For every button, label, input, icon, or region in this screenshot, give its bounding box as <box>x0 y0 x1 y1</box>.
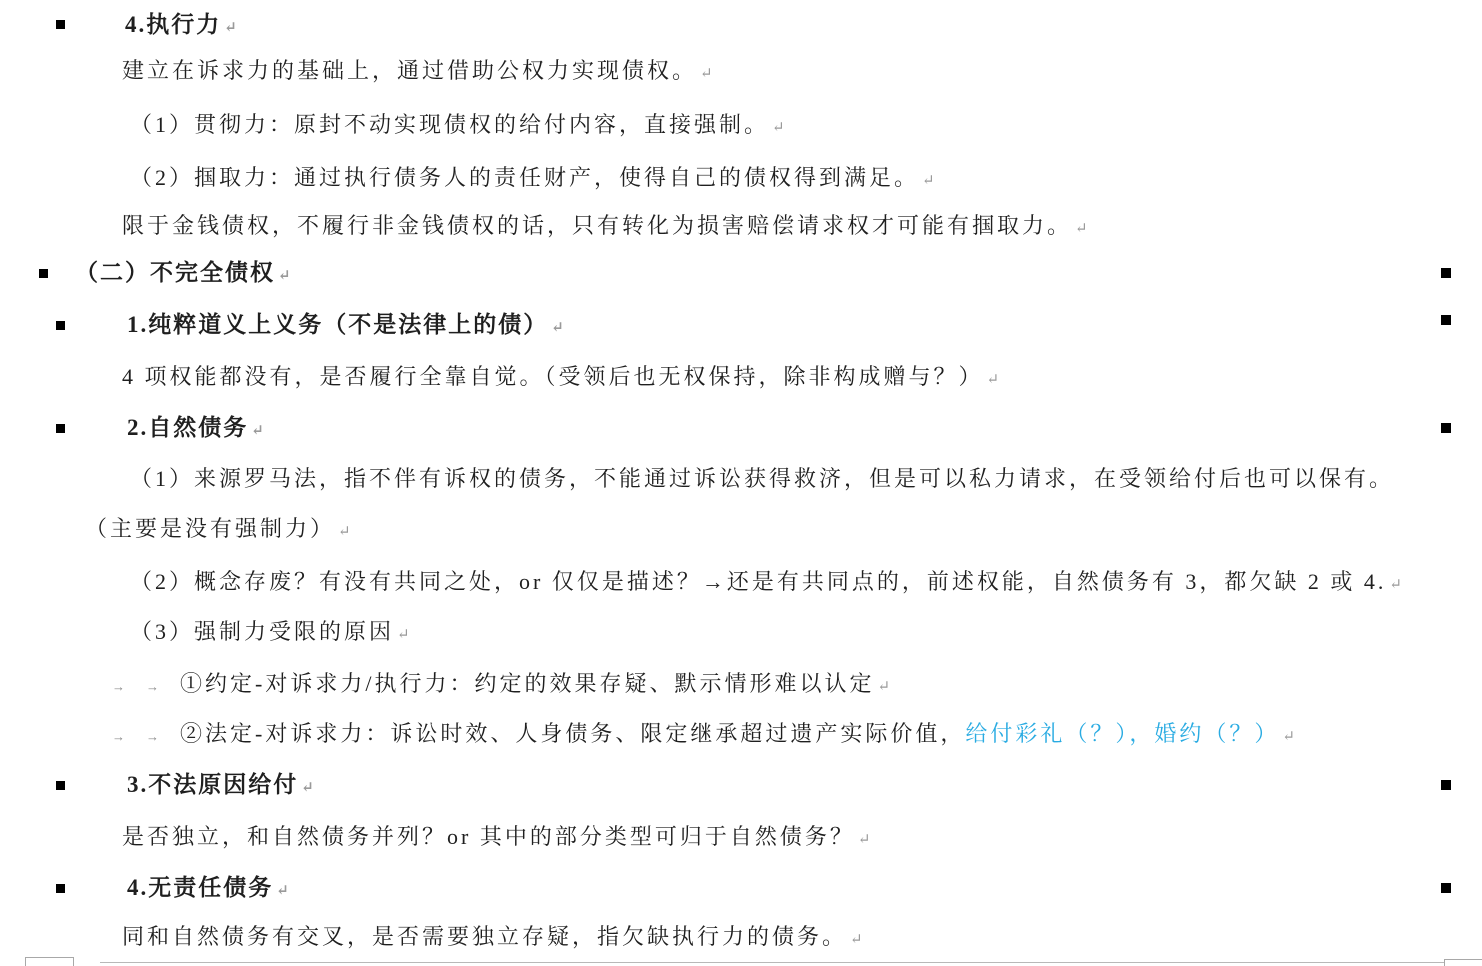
paragraph-mark-icon: ↵ <box>278 268 291 284</box>
outline-square-marker <box>1441 268 1451 278</box>
line-text: 建立在诉求力的基础上，通过借助公权力实现债权。 <box>122 58 697 83</box>
heading-text: 3.不法原因给付 <box>127 772 298 797</box>
line-text: 限于金钱债权，不履行非金钱债权的话，只有转化为损害赔偿请求权才可能有掴取力。 <box>122 213 1072 238</box>
clipped-border-line <box>100 962 1444 963</box>
paragraph-mark-icon: ↵ <box>551 320 564 336</box>
paragraph-mark-icon: ↵ <box>276 883 289 899</box>
outline-square-marker <box>39 269 48 278</box>
doc-line[interactable]: 4 项权能都没有，是否履行全靠自觉。（受领后也无权保持，除非构成赠与？）↵ <box>122 366 999 388</box>
tab-mark-icon: → <box>146 680 159 693</box>
doc-heading[interactable]: 2.自然债务↵ <box>127 416 264 439</box>
outline-square-marker <box>56 20 65 29</box>
tab-mark-icon: → <box>112 680 125 693</box>
line-text: （1）贯彻力：原封不动实现债权的给付内容，直接强制。 <box>130 112 769 137</box>
line-text: 是否独立，和自然债务并列？or 其中的部分类型可归于自然债务？ <box>122 824 855 849</box>
paragraph-mark-icon: ↵ <box>1389 577 1402 593</box>
paragraph-mark-icon: ↵ <box>987 372 1000 388</box>
paragraph-mark-icon: ↵ <box>301 780 314 796</box>
doc-line[interactable]: 是否独立，和自然债务并列？or 其中的部分类型可归于自然债务？↵ <box>122 826 870 848</box>
doc-heading[interactable]: 3.不法原因给付↵ <box>127 773 314 796</box>
outline-square-marker <box>1441 423 1451 433</box>
line-text: （1）来源罗马法，指不伴有诉权的债务，不能通过诉讼获得救济，但是可以私力请求，在… <box>130 466 1394 491</box>
outline-square-marker <box>1441 315 1451 325</box>
doc-line[interactable]: （2）概念存废？有没有共同之处，or 仅仅是描述？→还是有共同点的，前述权能，自… <box>130 571 1402 593</box>
clipped-table-cell-border <box>1444 959 1482 966</box>
doc-heading[interactable]: 4.执行力↵ <box>125 13 237 36</box>
outline-square-marker <box>56 884 65 893</box>
doc-heading[interactable]: 4.无责任债务↵ <box>127 876 289 899</box>
doc-line[interactable]: 建立在诉求力的基础上，通过借助公权力实现债权。↵ <box>122 60 713 82</box>
heading-text: 4.无责任债务 <box>127 875 273 900</box>
doc-line[interactable]: （2）掴取力：通过执行债务人的责任财产，使得自己的债权得到满足。↵ <box>130 167 935 189</box>
outline-square-marker <box>1441 780 1451 790</box>
clipped-table-cell-border <box>25 957 74 966</box>
paragraph-mark-icon: ↵ <box>397 627 410 643</box>
paragraph-mark-icon: ↵ <box>850 932 863 948</box>
paragraph-mark-icon: ↵ <box>858 832 871 848</box>
paragraph-mark-icon: ↵ <box>338 524 351 540</box>
doc-line[interactable]: ②法定-对诉求力：诉讼时效、人身债务、限定继承超过遗产实际价值，给付彩礼（？），… <box>180 723 1295 745</box>
heading-text: 4.执行力 <box>125 12 221 37</box>
line-text: ①约定-对诉求力/执行力：约定的效果存疑、默示情形难以认定 <box>180 671 874 696</box>
doc-heading[interactable]: 1.纯粹道义上义务（不是法律上的债）↵ <box>127 313 564 336</box>
outline-square-marker <box>56 321 65 330</box>
line-text: 4 项权能都没有，是否履行全靠自觉。（受领后也无权保持，除非构成赠与？） <box>122 364 984 389</box>
line-text: （2）概念存废？有没有共同之处，or 仅仅是描述？→还是有共同点的，前述权能，自… <box>130 569 1386 594</box>
doc-line[interactable]: ①约定-对诉求力/执行力：约定的效果存疑、默示情形难以认定↵ <box>180 673 890 695</box>
paragraph-mark-icon: ↵ <box>224 20 237 36</box>
line-text: （3）强制力受限的原因 <box>130 619 394 644</box>
paragraph-mark-icon: ↵ <box>251 423 264 439</box>
doc-line[interactable]: 同和自然债务有交叉，是否需要独立存疑，指欠缺执行力的债务。↵ <box>122 926 863 948</box>
heading-text: 1.纯粹道义上义务（不是法律上的债） <box>127 312 548 337</box>
doc-line[interactable]: （3）强制力受限的原因↵ <box>130 621 410 643</box>
paragraph-mark-icon: ↵ <box>922 173 935 189</box>
tab-mark-icon: → <box>112 730 125 743</box>
line-text: ②法定-对诉求力：诉讼时效、人身债务、限定继承超过遗产实际价值， <box>180 721 965 746</box>
doc-line[interactable]: （1）贯彻力：原封不动实现债权的给付内容，直接强制。↵ <box>130 114 785 136</box>
paragraph-mark-icon: ↵ <box>877 679 890 695</box>
paragraph-mark-icon: ↵ <box>772 120 785 136</box>
paragraph-mark-icon: ↵ <box>700 66 713 82</box>
doc-line[interactable]: （主要是没有强制力）↵ <box>85 518 351 540</box>
paragraph-mark-icon: ↵ <box>1282 729 1295 745</box>
line-text: 同和自然债务有交叉，是否需要独立存疑，指欠缺执行力的债务。 <box>122 924 847 949</box>
doc-line[interactable]: （1）来源罗马法，指不伴有诉权的债务，不能通过诉讼获得救济，但是可以私力请求，在… <box>130 468 1394 490</box>
document-page[interactable]: 4.执行力↵ 建立在诉求力的基础上，通过借助公权力实现债权。↵ （1）贯彻力：原… <box>0 0 1482 966</box>
doc-line[interactable]: 限于金钱债权，不履行非金钱债权的话，只有转化为损害赔偿请求权才可能有掴取力。↵ <box>122 215 1088 237</box>
doc-heading[interactable]: （二）不完全债权↵ <box>75 261 291 284</box>
outline-square-marker <box>56 424 65 433</box>
outline-square-marker <box>1441 883 1451 893</box>
paragraph-mark-icon: ↵ <box>1075 221 1088 237</box>
tab-mark-icon: → <box>146 730 159 743</box>
line-text: （主要是没有强制力） <box>85 516 335 541</box>
highlighted-blue-text: 给付彩礼（？），婚约（？） <box>965 721 1279 746</box>
line-text: （2）掴取力：通过执行债务人的责任财产，使得自己的债权得到满足。 <box>130 165 919 190</box>
outline-square-marker <box>56 781 65 790</box>
heading-text: 2.自然债务 <box>127 415 248 440</box>
heading-text: （二）不完全债权 <box>75 260 275 285</box>
